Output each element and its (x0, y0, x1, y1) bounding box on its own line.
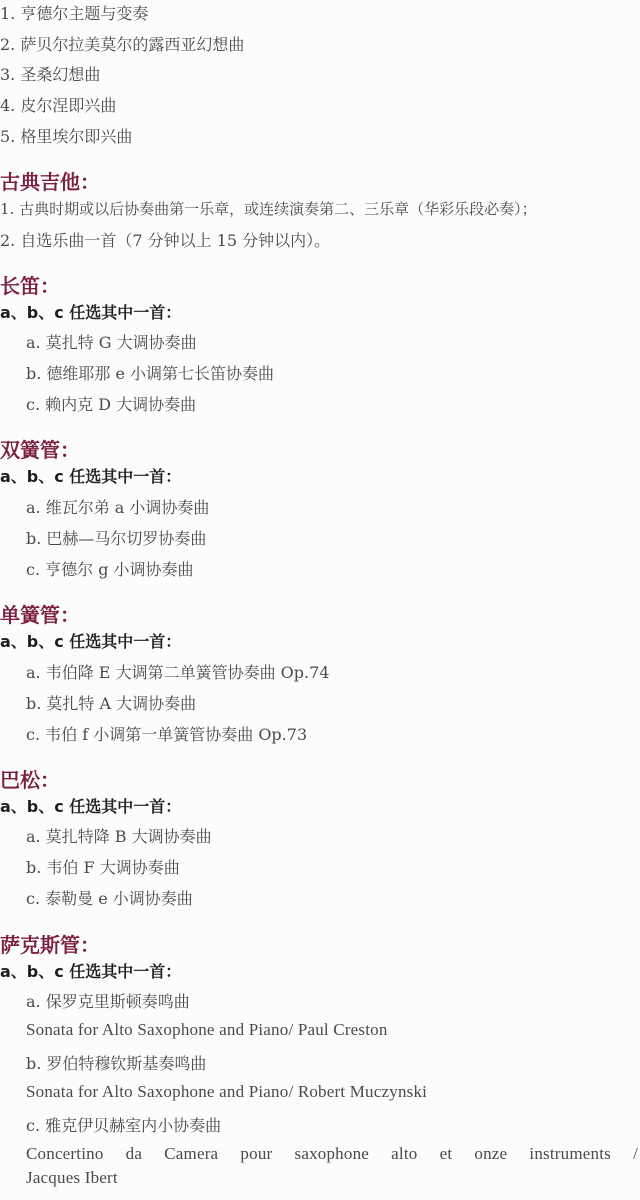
saxophone-item: a. 保罗克里斯顿奏鸣曲 (26, 989, 190, 1012)
saxophone-item-english: Concertino da Camera pour saxophone alto… (26, 1144, 638, 1164)
section-title-oboe: 双簧管： (0, 434, 80, 463)
oboe-item: b. 巴赫—马尔切罗协奏曲 (26, 526, 206, 549)
section-title-guitar: 古典吉他： (0, 166, 100, 195)
oboe-item: a. 维瓦尔弟 a 小调协奏曲 (26, 495, 209, 518)
saxophone-item: c. 雅克伊贝赫室内小协奏曲 (26, 1113, 221, 1136)
flute-item: a. 莫扎特 G 大调协奏曲 (26, 330, 197, 353)
intro-item: 1. 亨德尔主题与变奏 (0, 1, 148, 24)
section-instruction: a、b、c 任选其中一首： (0, 300, 181, 323)
flute-item: b. 德维耶那 e 小调第七长笛协奏曲 (26, 361, 274, 384)
intro-item: 5. 格里埃尔即兴曲 (0, 124, 132, 147)
bassoon-item: b. 韦伯 F 大调协奏曲 (26, 855, 180, 878)
saxophone-item-english: Sonata for Alto Saxophone and Piano/ Rob… (26, 1082, 427, 1102)
bassoon-item: c. 泰勒曼 e 小调协奏曲 (26, 886, 193, 909)
intro-item: 2. 萨贝尔拉美莫尔的露西亚幻想曲 (0, 32, 244, 55)
saxophone-item-english: Sonata for Alto Saxophone and Piano/ Pau… (26, 1020, 388, 1040)
guitar-item: 1. 古典时期或以后协奏曲第一乐章，或连续演奏第二、三乐章（华彩乐段必奏）； (0, 198, 537, 219)
section-instruction: a、b、c 任选其中一首： (0, 629, 181, 652)
oboe-item: c. 亨德尔 g 小调协奏曲 (26, 557, 194, 580)
clarinet-item: c. 韦伯 f 小调第一单簧管协奏曲 Op.73 (26, 722, 307, 745)
bassoon-item: a. 莫扎特降 B 大调协奏曲 (26, 824, 212, 847)
section-instruction: a、b、c 任选其中一首： (0, 794, 181, 817)
section-title-saxophone: 萨克斯管： (0, 929, 100, 958)
clarinet-item: a. 韦伯降 E 大调第二单簧管协奏曲 Op.74 (26, 660, 329, 683)
section-title-bassoon: 巴松： (0, 764, 60, 793)
intro-item: 4. 皮尔涅即兴曲 (0, 93, 116, 116)
section-instruction: a、b、c 任选其中一首： (0, 959, 181, 982)
section-title-clarinet: 单簧管： (0, 599, 80, 628)
section-instruction: a、b、c 任选其中一首： (0, 464, 181, 487)
flute-item: c. 赖内克 D 大调协奏曲 (26, 392, 196, 415)
clarinet-item: b. 莫扎特 A 大调协奏曲 (26, 691, 196, 714)
section-title-flute: 长笛： (0, 270, 60, 299)
saxophone-item-english: Jacques Ibert (26, 1168, 118, 1188)
intro-item: 3. 圣桑幻想曲 (0, 62, 100, 85)
guitar-item: 2. 自选乐曲一首（7 分钟以上 15 分钟以内）。 (0, 228, 330, 251)
saxophone-item: b. 罗伯特穆钦斯基奏鸣曲 (26, 1051, 206, 1074)
